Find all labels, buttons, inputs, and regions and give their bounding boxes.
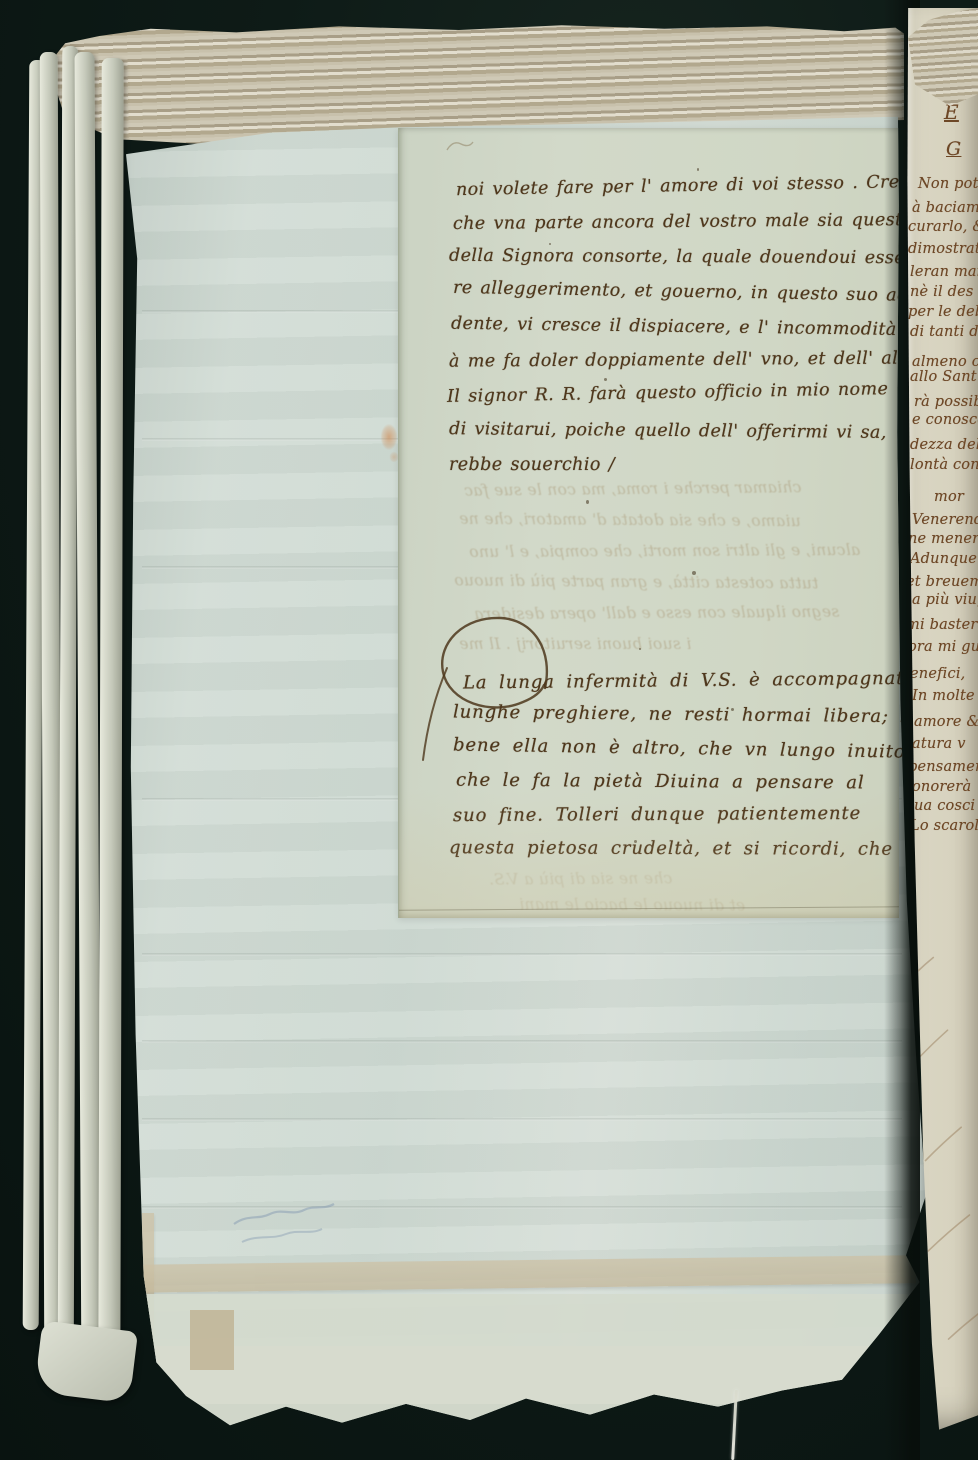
fold-crease (142, 953, 902, 956)
right-page-line: di tanti d (910, 324, 978, 340)
left-page: noi volete fare per l' amore di voi stes… (126, 98, 926, 1436)
right-page-line: rà possib (914, 394, 978, 410)
right-page-line: In molte c (912, 688, 978, 704)
ink-speck (731, 708, 734, 711)
letter-bottom-discoloration (399, 788, 899, 918)
right-page-line: curarlo, & (908, 219, 978, 235)
ink-speck (639, 648, 641, 650)
small-ink-curl (445, 138, 475, 154)
right-page-line: ora mi gui (908, 639, 978, 655)
archival-manuscript-photo: noi volete fare per l' amore di voi stes… (0, 0, 978, 1460)
left-deckle-edge (75, 52, 102, 1382)
right-page-line: atura v (912, 736, 966, 752)
right-page-line: lontà con (910, 457, 978, 473)
right-page-line: Venerend (912, 512, 978, 528)
underlying-sheet-band (140, 1404, 880, 1444)
ink-speck (604, 378, 607, 381)
right-page-line: pensamen (908, 759, 978, 775)
handwritten-line: rebbe souerchio / (449, 455, 615, 475)
right-page-line: mor (934, 489, 964, 505)
handwritten-line: Il signor R. R. farà questo officio in m… (447, 379, 889, 407)
right-page-line: dezza dell (910, 437, 978, 453)
curled-page-corner (34, 1320, 138, 1403)
right-page-line: e conosce (912, 412, 978, 428)
right-page-line: onorerà (912, 779, 971, 795)
fold-crease (142, 1118, 902, 1121)
ink-speck (549, 243, 551, 245)
right-page-line: a più viug (912, 592, 978, 608)
right-page-line: ne menere (908, 531, 978, 547)
handwritten-line: La lunga infermità di V.S. è accompagnat… (463, 667, 952, 693)
right-page-line: Non pote (918, 176, 978, 192)
left-deckle-edge (98, 58, 123, 1393)
right-page-line: Lo scarol (910, 818, 978, 834)
handwritten-line: che vna parte ancora del vostro male sia… (453, 210, 913, 234)
right-page-line: ua cosci (914, 798, 975, 814)
ink-speck (697, 168, 699, 171)
ink-speck (692, 571, 696, 575)
handwritten-line: di visitarui, poiche quello dell' offeri… (449, 419, 887, 443)
right-page-line: per le deb (908, 304, 978, 320)
right-page-line: almeno co (912, 354, 978, 370)
bleedthrough-line: chiamar perche i roma, ma con le sue fac (464, 478, 802, 500)
right-page-line: dimostrat (908, 241, 978, 257)
pasted-letter-sheet: noi volete fare per l' amore di voi stes… (398, 128, 899, 918)
handwritten-line: della Signora consorte, la quale douendo… (449, 246, 911, 268)
right-page-line: enefici, (910, 666, 965, 682)
handwritten-line: à me fa doler doppiamente dell' vno, et … (449, 348, 931, 371)
right-page-line: et breuema (906, 574, 978, 590)
right-page-line: Adunque f (910, 551, 978, 567)
underlying-sheet-band (136, 1346, 898, 1404)
right-page-line: nè il des (910, 284, 974, 300)
handwritten-line: noi volete fare per l' amore di voi stes… (456, 172, 922, 200)
handwritten-line: re alleggerimento, et gouerno, in questo… (453, 278, 930, 306)
right-page-line: leran mai (910, 264, 978, 280)
bleedthrough-line: alcuni, e gli altri son morti, che compi… (469, 541, 860, 561)
pencil-scribble (226, 1194, 366, 1258)
right-page-line: mi basterà (906, 617, 978, 633)
bleedthrough-line: uiamo, e che sia dotata d' amatori, che … (459, 510, 801, 530)
tan-paper-patch (190, 1310, 234, 1370)
right-page-heading-fragment: G (946, 138, 961, 160)
repair-strip-horizontal (134, 1255, 916, 1293)
underlying-sheet-band (130, 1294, 908, 1346)
right-page-line: allo Sant (910, 369, 977, 385)
orange-stain (378, 420, 400, 454)
ink-speck (586, 500, 589, 504)
right-page-line: à baciam (912, 200, 978, 216)
fold-crease (142, 1040, 902, 1043)
right-page-line: amore & (914, 714, 978, 730)
handwritten-line: dente, vi cresce il dispiacere, e l' inc… (451, 314, 923, 341)
